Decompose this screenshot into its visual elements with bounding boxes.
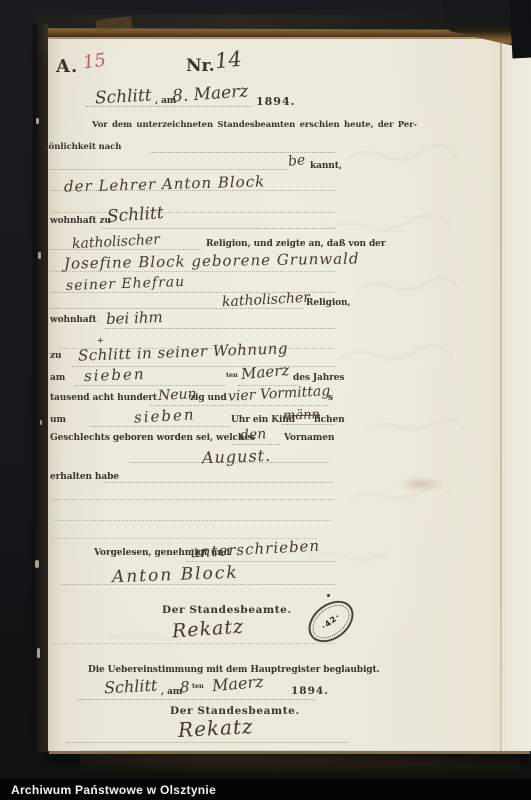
rule-line — [50, 212, 335, 213]
spine-wear-speck — [35, 560, 39, 568]
year-ones-handwritten: vier — [228, 387, 256, 404]
rule-line — [105, 328, 335, 329]
record-number-label: Nr. — [186, 56, 215, 76]
ink-dot — [327, 594, 330, 597]
religion2-printed: Religion, — [306, 298, 351, 308]
rule-line — [50, 308, 303, 309]
rule-line — [186, 561, 335, 562]
page-bottom-shadow — [80, 750, 520, 778]
series-letter: A. — [56, 56, 78, 77]
rule-line — [50, 169, 288, 170]
birth-day-value: sieben — [84, 365, 146, 385]
spine-wear-speck — [38, 252, 41, 259]
known-printed: kannt, — [310, 161, 342, 171]
child-name: August. — [202, 446, 272, 467]
archival-number-handwritten: 15 — [82, 50, 108, 74]
spine-wear-speck — [40, 420, 42, 425]
rule-line — [232, 444, 280, 445]
cert-day-suffix: ten — [192, 682, 204, 690]
rule-line — [102, 482, 333, 483]
archival-photo: A. 15 Nr. 14 Schlitt , am 8. Maerz 1894.… — [0, 0, 531, 800]
birth-hour-value: sieben — [134, 405, 196, 426]
wohnhaft-zu-label: wohnhaft zu — [50, 216, 111, 226]
cert-day: 8 — [179, 678, 190, 697]
archive-caption-bar: Archiwum Państwowe w Olsztynie — [0, 779, 531, 800]
am-label: am — [50, 373, 65, 383]
daytime-suffix-printed: s — [328, 393, 333, 403]
book-spine — [33, 24, 48, 752]
dateline-place: Schlitt — [95, 86, 153, 109]
rule-line — [77, 699, 315, 700]
cover-corner-wedge — [509, 0, 531, 58]
spine-wear-speck — [37, 648, 40, 658]
rule-line — [100, 228, 335, 229]
archive-name: Archiwum Państwowe w Olsztynie — [0, 783, 216, 797]
page-fold-line — [500, 39, 502, 751]
year-printed-prefix: tausend acht hundert — [50, 393, 157, 403]
wohnhaft-label: wohnhaft — [50, 315, 96, 325]
cert-year: 1894. — [291, 685, 329, 697]
sex-suffix-printed: lichen — [314, 415, 345, 425]
rule-line — [75, 385, 225, 386]
registrar-title: Der Standesbeamte. — [162, 604, 292, 616]
sex-line-printed: Geschlechts geboren worden sei, welches — [50, 433, 255, 443]
rule-line — [55, 643, 335, 644]
intro-line-1: Vor dem unterzeichneten Standesbeamten e… — [92, 120, 417, 130]
rule-line — [90, 426, 230, 427]
zig-und-label: zig und — [190, 393, 227, 403]
day-suffix-printed: ten — [226, 371, 238, 379]
des-jahres-label: des Jahres — [293, 373, 344, 383]
cert-place: Schlitt — [104, 676, 158, 698]
erhalten-habe-label: erhalten habe — [50, 472, 119, 482]
intro-line-2: sönlichkeit nach — [44, 142, 121, 152]
cert-am-label: , am — [161, 687, 182, 697]
rule-line — [66, 742, 347, 743]
residence2-value: bei ihm — [106, 308, 163, 328]
record-number-value: 14 — [214, 47, 243, 74]
paper-stain — [398, 476, 444, 492]
margin-plus-mark: + — [97, 335, 104, 345]
registrar-signature-2: Rekatz — [177, 714, 254, 742]
residence-value: Schlitt — [106, 203, 164, 227]
vornamen-label: Vornamen — [284, 433, 334, 443]
dateline-year: 1894. — [256, 95, 295, 108]
known-handwritten: be — [287, 152, 306, 170]
rule-line — [150, 152, 335, 153]
article-handwritten: den — [239, 426, 266, 444]
rule-line — [55, 520, 332, 521]
rule-line — [50, 499, 335, 500]
um-label: um — [50, 415, 66, 425]
zu-label: zu — [50, 351, 61, 361]
religion1-printed: Religion, und zeigte an, daß von der — [206, 239, 385, 249]
spine-wear-speck — [36, 118, 39, 124]
